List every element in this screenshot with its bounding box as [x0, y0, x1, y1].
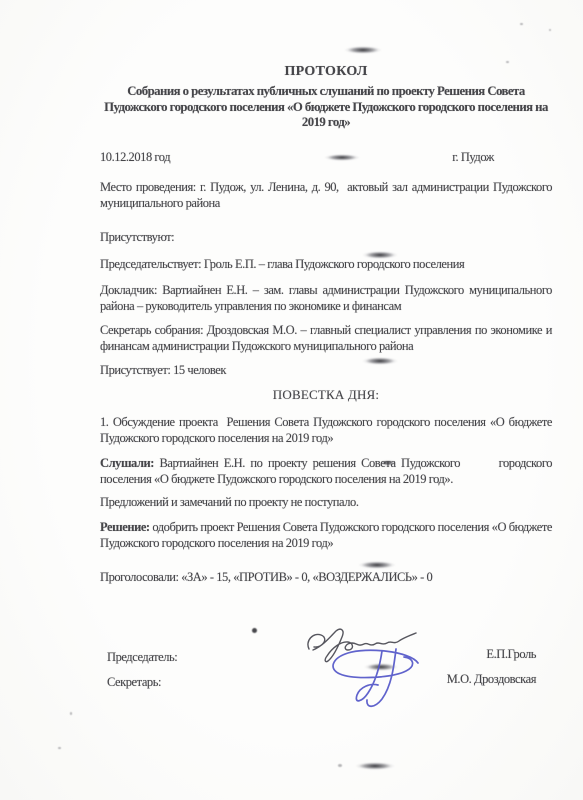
- secretary-name: М.О. Дроздовская: [447, 672, 536, 688]
- attendees-heading: Присутствуют:: [100, 230, 552, 246]
- date-city-row: 10.12.2018 год г. Пудож: [100, 150, 552, 166]
- chairman-name: Е.П.Гроль: [486, 647, 536, 663]
- document-date: 10.12.2018 год: [100, 150, 170, 166]
- decision-text: одобрить проект Решения Совета Пудожског…: [100, 520, 552, 550]
- agenda-heading: ПОВЕСТКА ДНЯ:: [100, 387, 552, 403]
- secretary-role-label: Секретарь:: [100, 675, 161, 691]
- scan-speck: [70, 712, 72, 715]
- heard-paragraph: Слушали: Вартиайнен Е.Н. по проекту реше…: [100, 456, 552, 487]
- venue-paragraph: Место проведения: г. Пудож, ул. Ленина, …: [100, 180, 552, 211]
- heard-label: Слушали:: [100, 456, 154, 470]
- scanned-protocol-page: ПРОТОКОЛ Собрания о результатах публичны…: [0, 0, 583, 800]
- agenda-item: 1. Обсуждение проекта Решения Совета Пуд…: [100, 415, 552, 446]
- vote-result-line: Проголосовали: «ЗА» - 15, «ПРОТИВ» - 0, …: [100, 570, 552, 586]
- chairman-role-label: Председатель:: [100, 650, 177, 666]
- speaker-paragraph: Докладчик: Вартиайнен Е.Н. – зам. главы …: [100, 283, 552, 314]
- heard-text: Вартиайнен Е.Н. по проекту решения Совет…: [100, 456, 552, 486]
- secretary-paragraph: Секретарь собрания: Дроздовская М.О. – г…: [100, 323, 552, 354]
- decision-paragraph: Решение: одобрить проект Решения Совета …: [100, 520, 552, 551]
- document-city: г. Пудож: [452, 150, 494, 166]
- no-objections-line: Предложений и замечаний по проекту не по…: [100, 495, 552, 511]
- document-subtitle: Собрания о результатах публичных слушани…: [100, 84, 552, 131]
- scan-speck: [58, 747, 61, 749]
- chairman-line: Председательствует: Гроль Е.П. – глава П…: [100, 257, 552, 273]
- secretary-handwritten-signature: [320, 641, 432, 713]
- document-title: ПРОТОКОЛ: [100, 64, 552, 80]
- decision-label: Решение:: [100, 520, 150, 534]
- present-count-line: Присутствует: 15 человек: [100, 363, 552, 379]
